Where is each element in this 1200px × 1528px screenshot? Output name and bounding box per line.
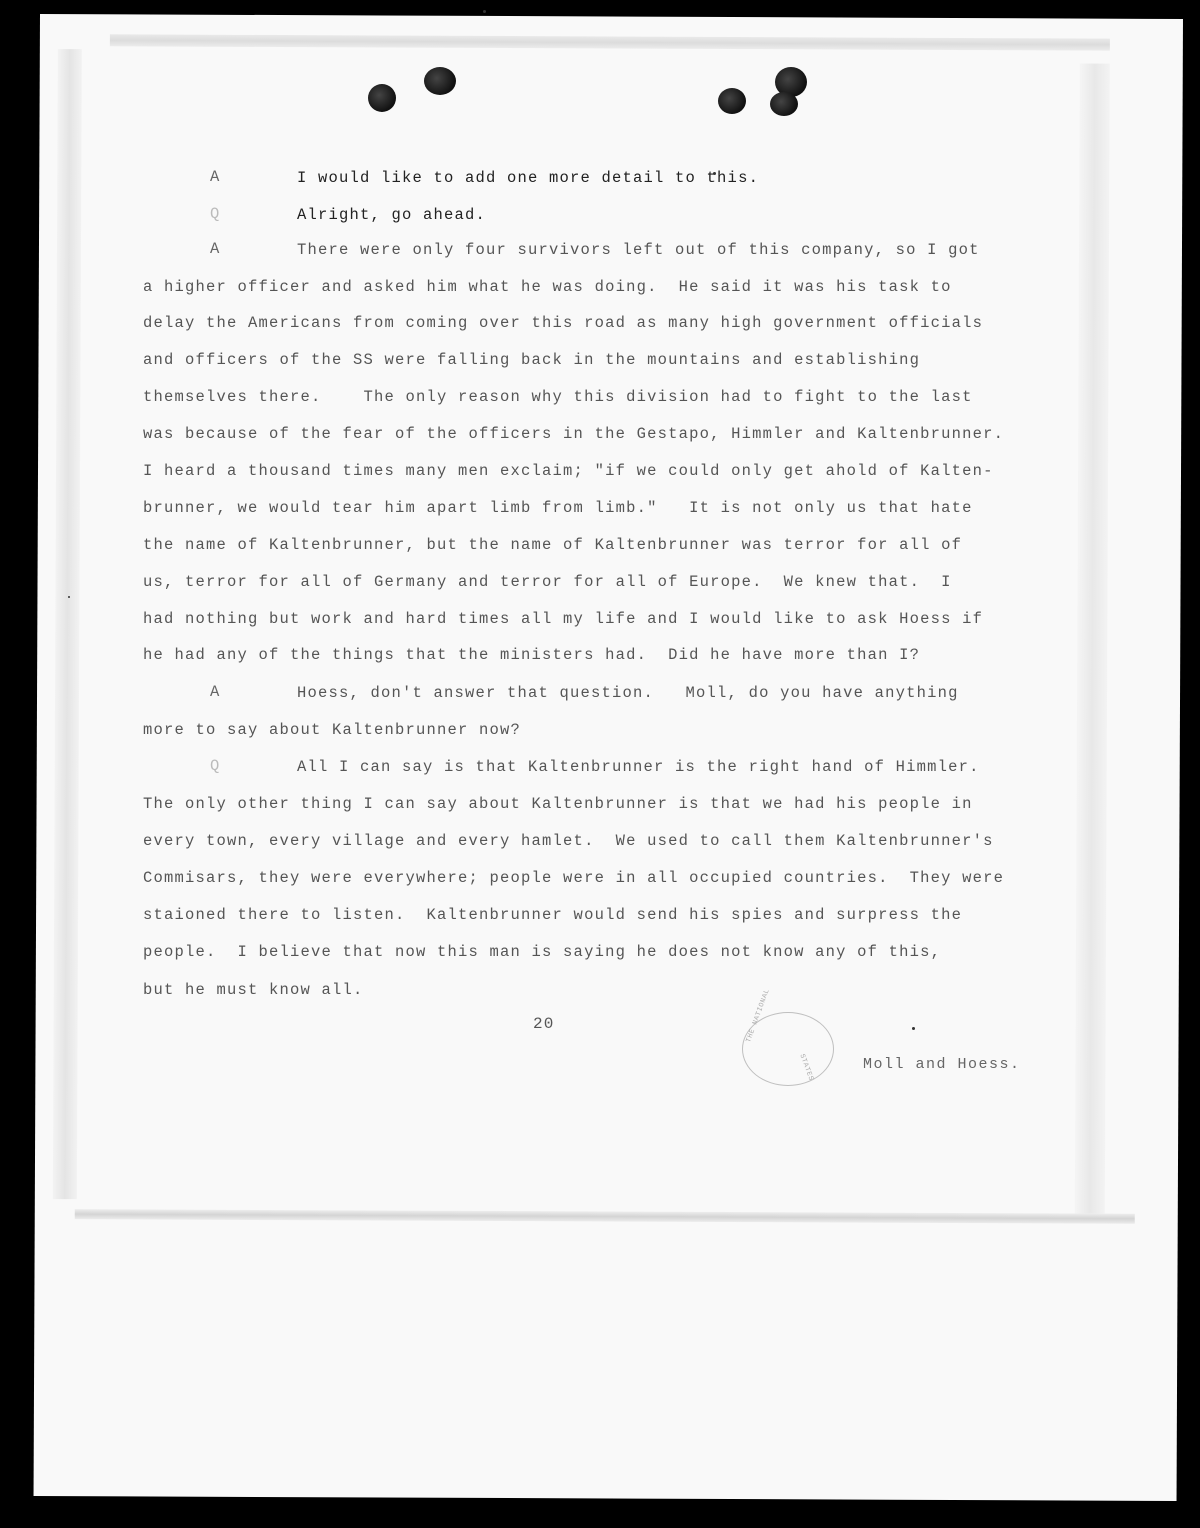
transcript-body: A I would like to add one more detail to… [0, 0, 1200, 1528]
stamp-text-left: THE NATIONAL [745, 988, 772, 1044]
dust-speck [68, 596, 70, 598]
transcript-line: I heard a thousand times many men exclai… [143, 461, 994, 481]
transcript-line: themselves there. The only reason why th… [143, 387, 973, 407]
transcript-line: staioned there to listen. Kaltenbrunner … [143, 905, 962, 925]
transcript-line: The only other thing I can say about Kal… [143, 794, 973, 814]
transcript-line: was because of the fear of the officers … [143, 424, 1004, 444]
transcript-line: had nothing but work and hard times all … [143, 609, 983, 629]
transcript-line: There were only four survivors left out … [297, 240, 980, 260]
transcript-line: every town, every village and every haml… [143, 831, 994, 851]
transcript-line: but he must know all. [143, 980, 364, 1000]
speaker-label: A [210, 168, 230, 186]
transcript-line: people. I believe that now this man is s… [143, 942, 941, 962]
stamp-text-right: STATES [797, 1053, 814, 1082]
page-number: 20 [533, 1015, 555, 1033]
transcript-line: brunner, we would tear him apart limb fr… [143, 498, 973, 518]
transcript-line: Alright, go ahead. [297, 205, 486, 225]
speaker-label: Q [210, 205, 230, 223]
transcript-line: more to say about Kaltenbrunner now? [143, 720, 521, 740]
transcript-line: I would like to add one more detail to t… [297, 168, 759, 188]
speaker-label: Q [210, 757, 230, 775]
transcript-line: and officers of the SS were falling back… [143, 350, 920, 370]
dust-speck [713, 172, 716, 175]
dust-speck [483, 10, 486, 13]
archive-stamp: THE NATIONAL STATES [742, 1012, 834, 1086]
speaker-label: A [210, 683, 230, 701]
transcript-line: delay the Americans from coming over thi… [143, 313, 983, 333]
transcript-line: All I can say is that Kaltenbrunner is t… [297, 757, 980, 777]
signature-line: Moll and Hoess. [863, 1056, 1021, 1073]
dust-speck [912, 1027, 915, 1030]
transcript-line: Hoess, don't answer that question. Moll,… [297, 683, 959, 703]
transcript-line: the name of Kaltenbrunner, but the name … [143, 535, 962, 555]
transcript-line: a higher officer and asked him what he w… [143, 277, 952, 297]
transcript-line: he had any of the things that the minist… [143, 645, 920, 665]
transcript-line: Commisars, they were everywhere; people … [143, 868, 1004, 888]
transcript-line: us, terror for all of Germany and terror… [143, 572, 952, 592]
speaker-label: A [210, 240, 230, 258]
